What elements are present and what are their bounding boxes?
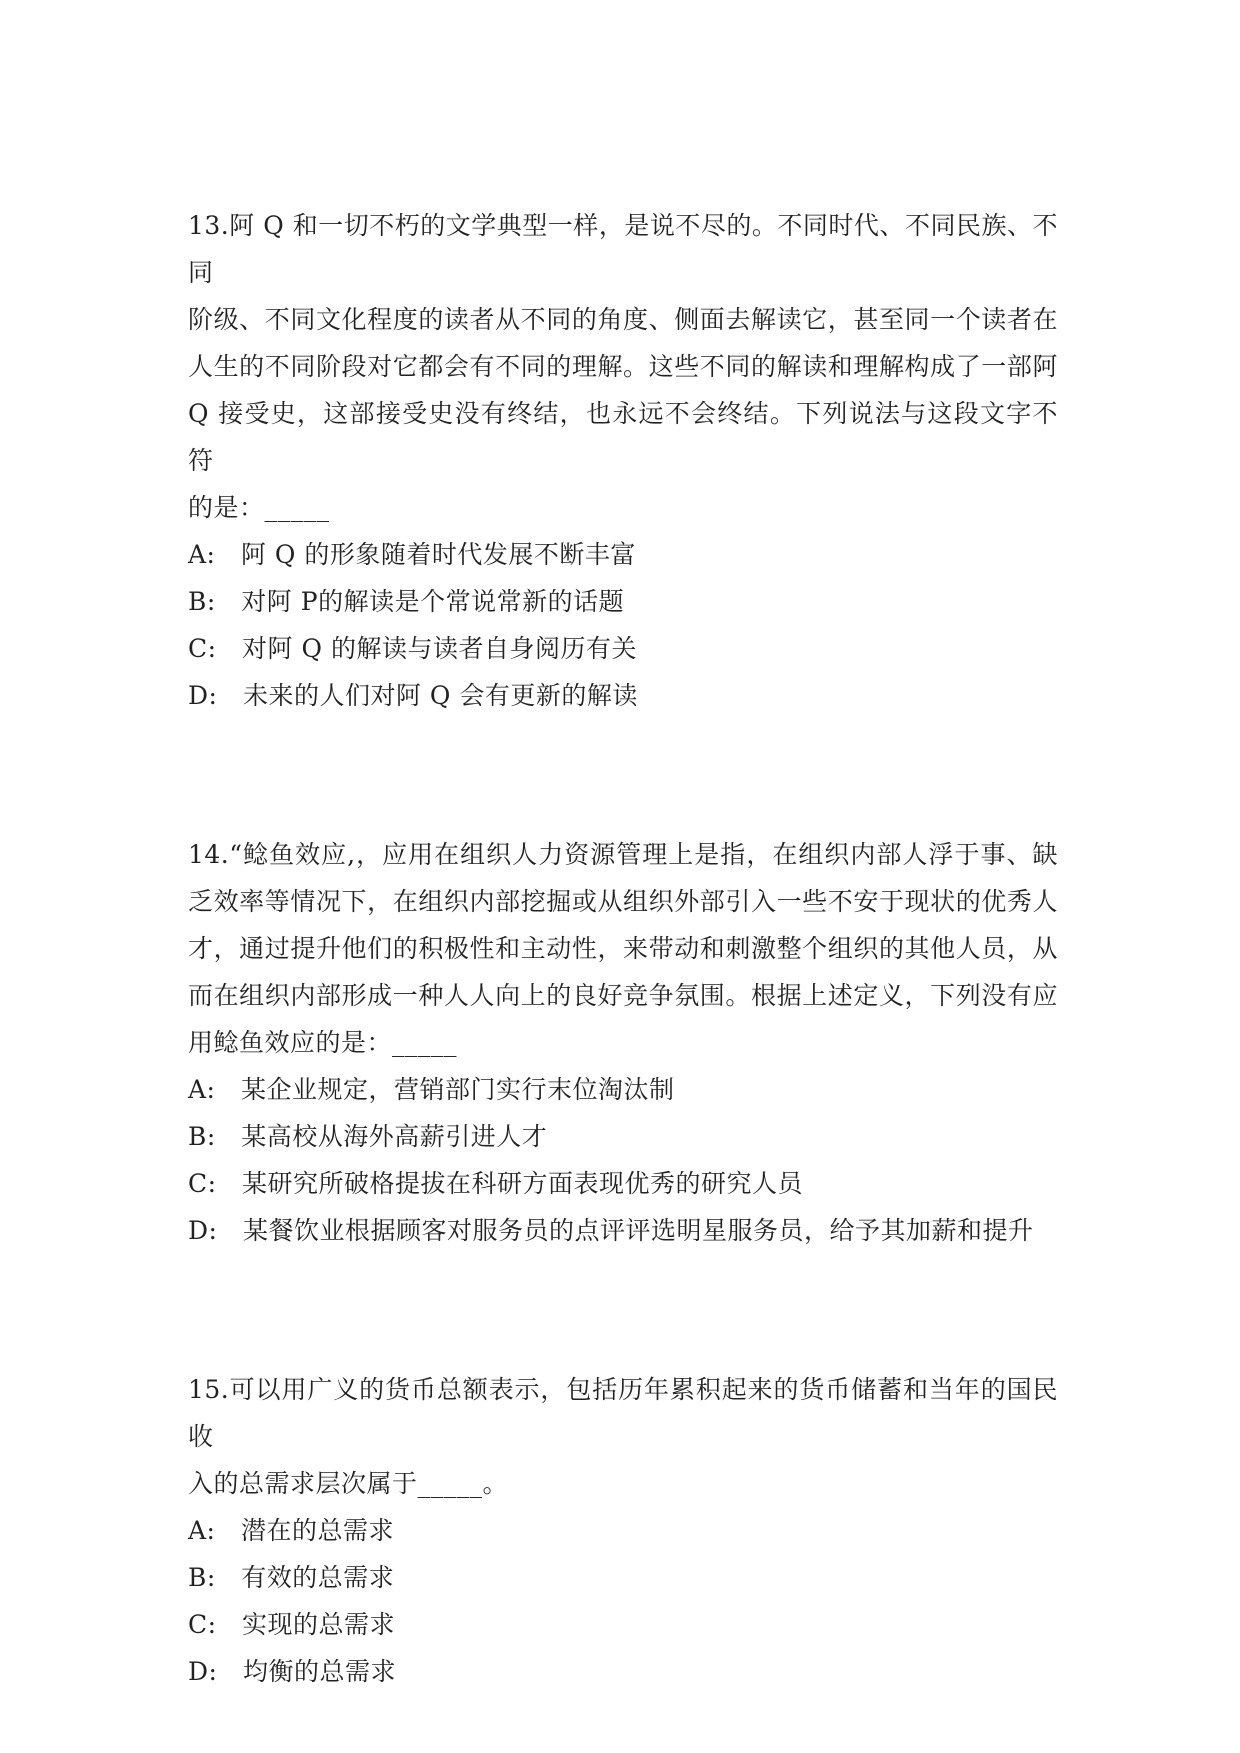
document-page: 13.阿 Q 和一切不朽的文学典型一样，是说不尽的。不同时代、不同民族、不同 阶… [0,0,1240,1753]
question-14-text-line-2: 乏效率等情况下，在组织内部挖掘或从组织外部引入一些不安于现状的优秀人 [188,878,1058,925]
question-13-option-c: C: 对阿 Q 的解读与读者自身阅历有关 [188,625,1058,672]
question-14-option-d: D: 某餐饮业根据顾客对服务员的点评评选明星服务员，给予其加薪和提升 [188,1207,1058,1254]
question-13-text-line-2: 阶级、不同文化程度的读者从不同的角度、侧面去解读它，甚至同一个读者在 [188,296,1058,343]
question-13-text-line-5: 的是：_____ [188,484,1058,531]
question-13-text-line-4: Q 接受史，这部接受史没有终结，也永远不会终结。下列说法与这段文字不符 [188,390,1058,484]
question-14-option-b: B: 某高校从海外高薪引进人才 [188,1113,1058,1160]
question-14-text-line-3: 才，通过提升他们的积极性和主动性，来带动和刺激整个组织的其他人员，从 [188,925,1058,972]
question-15-text-line-1: 15.可以用广义的货币总额表示，包括历年累积起来的货币储蓄和当年的国民收 [188,1366,1058,1460]
question-14-text-line-5: 用鲶鱼效应的是：_____ [188,1019,1058,1066]
question-13-option-a: A: 阿 Q 的形象随着时代发展不断丰富 [188,531,1058,578]
question-14-text-line-4: 而在组织内部形成一种人人向上的良好竞争氛围。根据上述定义，下列没有应 [188,972,1058,1019]
question-14-option-a: A: 某企业规定，营销部门实行末位淘汰制 [188,1066,1058,1113]
question-13: 13.阿 Q 和一切不朽的文学典型一样，是说不尽的。不同时代、不同民族、不同 阶… [188,202,1058,719]
question-15: 15.可以用广义的货币总额表示，包括历年累积起来的货币储蓄和当年的国民收 入的总… [188,1366,1058,1695]
question-15-text-line-2: 入的总需求层次属于_____。 [188,1460,1058,1507]
question-14: 14.“鲶鱼效应,，应用在组织人力资源管理上是指，在组织内部人浮于事、缺 乏效率… [188,831,1058,1254]
question-14-option-c: C: 某研究所破格提拔在科研方面表现优秀的研究人员 [188,1160,1058,1207]
question-13-option-b: B: 对阿 P的解读是个常说常新的话题 [188,578,1058,625]
question-13-text-line-1: 13.阿 Q 和一切不朽的文学典型一样，是说不尽的。不同时代、不同民族、不同 [188,202,1058,296]
question-15-option-c: C: 实现的总需求 [188,1601,1058,1648]
question-15-option-b: B: 有效的总需求 [188,1554,1058,1601]
question-13-text-line-3: 人生的不同阶段对它都会有不同的理解。这些不同的解读和理解构成了一部阿 [188,343,1058,390]
question-13-option-d: D: 未来的人们对阿 Q 会有更新的解读 [188,672,1058,719]
question-15-option-d: D: 均衡的总需求 [188,1648,1058,1695]
question-15-option-a: A: 潜在的总需求 [188,1507,1058,1554]
question-14-text-line-1: 14.“鲶鱼效应,，应用在组织人力资源管理上是指，在组织内部人浮于事、缺 [188,831,1058,878]
